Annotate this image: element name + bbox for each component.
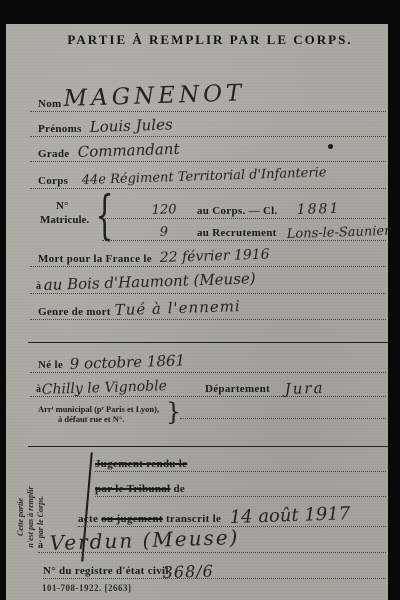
tribunal-label: par le Tribunal de [95, 483, 185, 495]
field-ne-le: Né le 9 octobre 1861 [30, 348, 386, 373]
jugement-label-struck: Jugement rendu le [95, 458, 187, 470]
matricule-corps-label: au Corps. — Cl. [197, 205, 278, 217]
lieu-transcription-value: Verdun (Meuse) [49, 525, 239, 555]
genre-mort-value: Tué à l'ennemi [114, 297, 241, 319]
field-lieu-transcription: à Verdun (Meuse) [38, 528, 386, 553]
field-lieu-naissance: à Chilly le Vignoble Département Jura [30, 374, 386, 397]
field-registre: N° du registre d'état civil 368/6 [43, 556, 386, 579]
corps-label: Corps [38, 175, 68, 187]
prenoms-value: Louis Jules [89, 115, 172, 136]
side-note-line2: n'est pas à remplir [26, 486, 35, 547]
lieu-naissance-label: à [36, 384, 41, 395]
matricule-recrutement-value: 9 [160, 225, 169, 240]
field-lieu-mort: à au Bois d'Haumont (Meuse) [30, 270, 386, 294]
ink-blot [328, 144, 333, 149]
acte-date-value: 14 août 1917 [229, 503, 350, 528]
arr-municipal-line [180, 400, 386, 419]
matricule-row-corps: 120 au Corps. — Cl. 1881 [102, 192, 386, 219]
field-grade: Grade Commandant [30, 139, 386, 162]
arr-municipal-label-2: à défaut rue et N°. [58, 414, 124, 425]
matricule-classe-value: 1881 [296, 201, 340, 218]
field-prenoms: Prénoms Louis Jules [30, 114, 386, 137]
matricule-recrutement-label: au Recrutement [197, 227, 277, 239]
side-note-line1: Cette partie [16, 498, 25, 536]
field-matricule: N° Matricule. { 120 au Corps. — Cl. 1881… [30, 192, 386, 242]
matricule-recrutement-place: Lons-le-Saunier [287, 224, 391, 242]
matricule-row-recrutement: 9 au Recrutement Lons-le-Saunier [102, 218, 386, 241]
mort-label: Mort pour la France le [38, 253, 152, 265]
registre-value: 368/6 [162, 561, 214, 582]
scanned-document: { "colors": { "paper": "#a9a8a1", "print… [0, 0, 400, 600]
departement-value: Jura [284, 379, 324, 398]
grade-label: Grade [38, 148, 69, 160]
nom-label: Nom [38, 98, 62, 110]
nom-value: MAGNENOT [63, 80, 246, 112]
tribunal-label-struck: par le Tribunal [95, 483, 170, 495]
corps-value: 44e Régiment Territorial d'Infanterie [82, 165, 327, 188]
lieu-transcription-label: à [38, 540, 43, 551]
ne-le-value: 9 octobre 1861 [69, 351, 185, 373]
acte-label: acte ou jugement transcrit le [78, 513, 221, 525]
matricule-corps-value: 120 [152, 202, 177, 218]
genre-mort-label: Genre de mort [38, 306, 111, 318]
field-genre-mort: Genre de mort Tué à l'ennemi [30, 296, 386, 320]
arr-municipal-brace: } [166, 398, 181, 426]
mort-value: 22 février 1916 [159, 247, 269, 266]
lieu-naissance-value: Chilly le Vignoble [41, 378, 167, 398]
tribunal-label-after: de [173, 483, 185, 495]
field-mort: Mort pour la France le 22 février 1916 [30, 244, 386, 267]
footer-print-reference: 101-708-1922. [2663] [42, 583, 132, 593]
prenoms-label: Prénoms [38, 123, 82, 135]
ne-le-label: Né le [38, 359, 63, 371]
matricule-label-no: N° [56, 200, 68, 214]
departement-label: Département [205, 383, 270, 395]
field-nom: Nom MAGNENOT [30, 84, 386, 112]
separator-rule-bottom [28, 446, 388, 447]
acte-label-struck: ou jugement [101, 513, 163, 525]
field-acte-transcrit: acte ou jugement transcrit le 14 août 19… [78, 503, 386, 527]
field-corps: Corps 44e Régiment Territorial d'Infante… [30, 166, 386, 189]
registre-label: N° du registre d'état civil [43, 565, 169, 577]
side-note: Cette partie n'est pas à remplir par le … [16, 457, 40, 577]
field-tribunal: par le Tribunal de [95, 475, 386, 497]
lieu-mort-label: à [36, 281, 41, 292]
lieu-mort-value: au Bois d'Haumont (Meuse) [43, 269, 255, 294]
grade-value: Commandant [77, 140, 179, 161]
matricule-label-matricule: Matricule. [40, 214, 89, 228]
field-arr-municipal: Arrᵗ municipal (pʳ Paris et Lyon), à déf… [30, 400, 386, 428]
field-jugement: Jugement rendu le [95, 450, 386, 472]
form-title: PARTIE À REMPLIR PAR LE CORPS. [30, 32, 390, 48]
separator-rule-top [28, 342, 388, 343]
acte-label-before: acte [78, 513, 98, 525]
acte-label-after: transcrit le [166, 513, 221, 525]
